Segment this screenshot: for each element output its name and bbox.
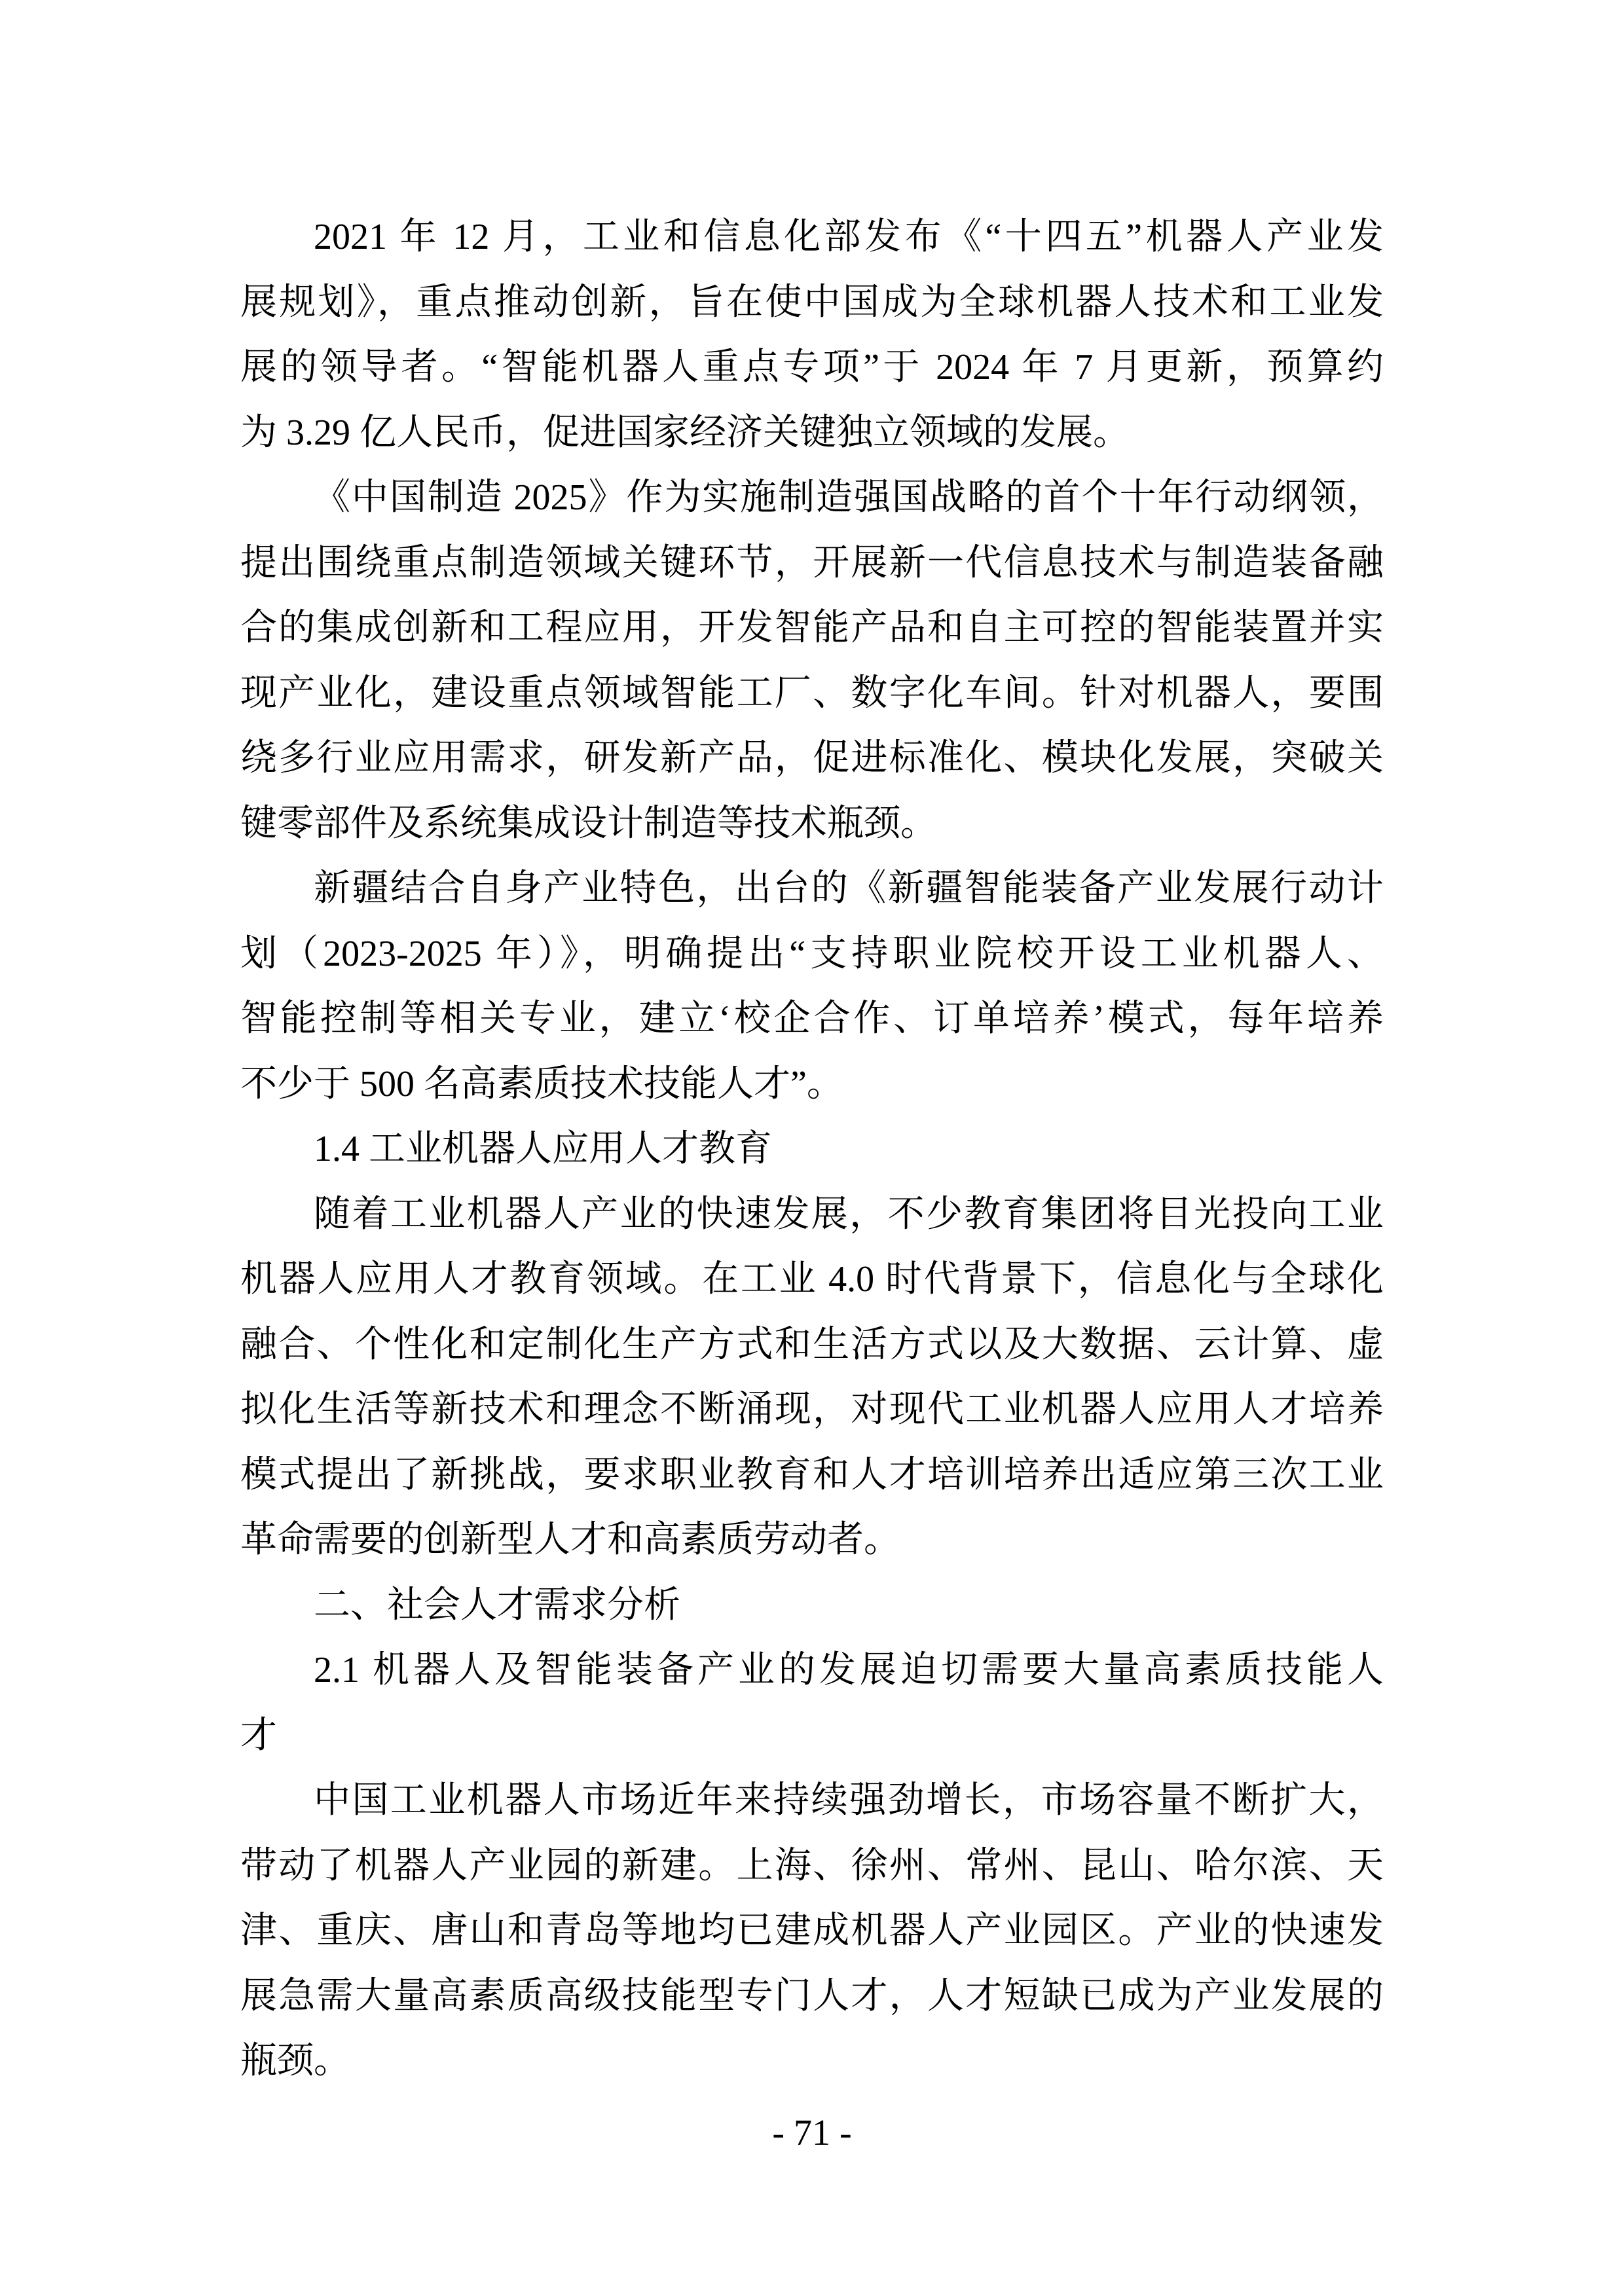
text-line: 绕多行业应用需求，研发新产品，促进标准化、模块化发展，突破关 bbox=[240, 726, 1384, 792]
heading-1-4-talent-education: 1.4 工业机器人应用人才教育 bbox=[240, 1117, 1384, 1182]
text-line: 划（2023-2025 年）》，明确提出“支持职业院校开设工业机器人、 bbox=[240, 922, 1384, 987]
text-line: 合的集成创新和工程应用，开发智能产品和自主可控的智能装置并实 bbox=[240, 596, 1384, 661]
heading-2-1-industry-demand: 2.1 机器人及智能装备产业的发展迫切需要大量高素质技能人 才 bbox=[240, 1638, 1384, 1768]
text-line: 新疆结合自身产业特色，出台的《新疆智能装备产业发展行动计 bbox=[240, 856, 1384, 922]
text-line: 2.1 机器人及智能装备产业的发展迫切需要大量高素质技能人 bbox=[240, 1638, 1384, 1704]
text-line: 《中国制造 2025》作为实施制造强国战略的首个十年行动纲领， bbox=[240, 465, 1384, 531]
paragraph-policy-14th-five-year: 2021 年 12 月，工业和信息化部发布《“十四五”机器人产业发 展规划》，重… bbox=[240, 205, 1384, 465]
text-line: 带动了机器人产业园的新建。上海、徐州、常州、昆山、哈尔滨、天 bbox=[240, 1834, 1384, 1899]
text-line: 智能控制等相关专业，建立‘校企合作、订单培养’模式，每年培养 bbox=[240, 987, 1384, 1052]
text-line: 随着工业机器人产业的快速发展，不少教育集团将目光投向工业 bbox=[240, 1182, 1384, 1248]
paragraph-xinjiang-action-plan: 新疆结合自身产业特色，出台的《新疆智能装备产业发展行动计 划（2023-2025… bbox=[240, 856, 1384, 1117]
text-line: 键零部件及系统集成设计制造等技术瓶颈。 bbox=[240, 792, 1384, 857]
document-body: 2021 年 12 月，工业和信息化部发布《“十四五”机器人产业发 展规划》，重… bbox=[0, 0, 1624, 2094]
text-line: 革命需要的创新型人才和高素质劳动者。 bbox=[240, 1508, 1384, 1573]
text-line: 才 bbox=[240, 1704, 1384, 1769]
text-line: 瓶颈。 bbox=[240, 2029, 1384, 2094]
page-number: - 71 - bbox=[0, 2100, 1624, 2166]
heading-2-social-talent-demand: 二、社会人才需求分析 bbox=[240, 1573, 1384, 1639]
paragraph-market-growth: 中国工业机器人市场近年来持续强劲增长，市场容量不断扩大， 带动了机器人产业园的新… bbox=[240, 1768, 1384, 2094]
text-line: 不少于 500 名高素质技术技能人才”。 bbox=[240, 1052, 1384, 1118]
text-line: 1.4 工业机器人应用人才教育 bbox=[240, 1117, 1384, 1182]
text-line: 融合、个性化和定制化生产方式和生活方式以及大数据、云计算、虚 bbox=[240, 1313, 1384, 1378]
text-line: 津、重庆、唐山和青岛等地均已建成机器人产业园区。产业的快速发 bbox=[240, 1899, 1384, 1964]
text-line: 2021 年 12 月，工业和信息化部发布《“十四五”机器人产业发 bbox=[240, 205, 1384, 270]
text-line: 机器人应用人才教育领域。在工业 4.0 时代背景下，信息化与全球化 bbox=[240, 1247, 1384, 1313]
text-line: 二、社会人才需求分析 bbox=[240, 1573, 1384, 1639]
text-line: 现产业化，建设重点领域智能工厂、数字化车间。针对机器人，要围 bbox=[240, 661, 1384, 727]
text-line: 为 3.29 亿人民币，促进国家经济关键独立领域的发展。 bbox=[240, 401, 1384, 466]
paragraph-education-trend: 随着工业机器人产业的快速发展，不少教育集团将目光投向工业 机器人应用人才教育领域… bbox=[240, 1182, 1384, 1573]
text-line: 展急需大量高素质高级技能型专门人才，人才短缺已成为产业发展的 bbox=[240, 1964, 1384, 2030]
text-line: 拟化生活等新技术和理念不断涌现，对现代工业机器人应用人才培养 bbox=[240, 1377, 1384, 1443]
document-page: 2021 年 12 月，工业和信息化部发布《“十四五”机器人产业发 展规划》，重… bbox=[0, 0, 1624, 2296]
text-line: 模式提出了新挑战，要求职业教育和人才培训培养出适应第三次工业 bbox=[240, 1443, 1384, 1508]
text-line: 中国工业机器人市场近年来持续强劲增长，市场容量不断扩大， bbox=[240, 1768, 1384, 1834]
paragraph-made-in-china-2025: 《中国制造 2025》作为实施制造强国战略的首个十年行动纲领， 提出围绕重点制造… bbox=[240, 465, 1384, 856]
text-line: 展的领导者。“智能机器人重点专项”于 2024 年 7 月更新，预算约 bbox=[240, 335, 1384, 401]
text-line: 提出围绕重点制造领域关键环节，开展新一代信息技术与制造装备融 bbox=[240, 531, 1384, 596]
text-line: 展规划》，重点推动创新，旨在使中国成为全球机器人技术和工业发 bbox=[240, 270, 1384, 336]
